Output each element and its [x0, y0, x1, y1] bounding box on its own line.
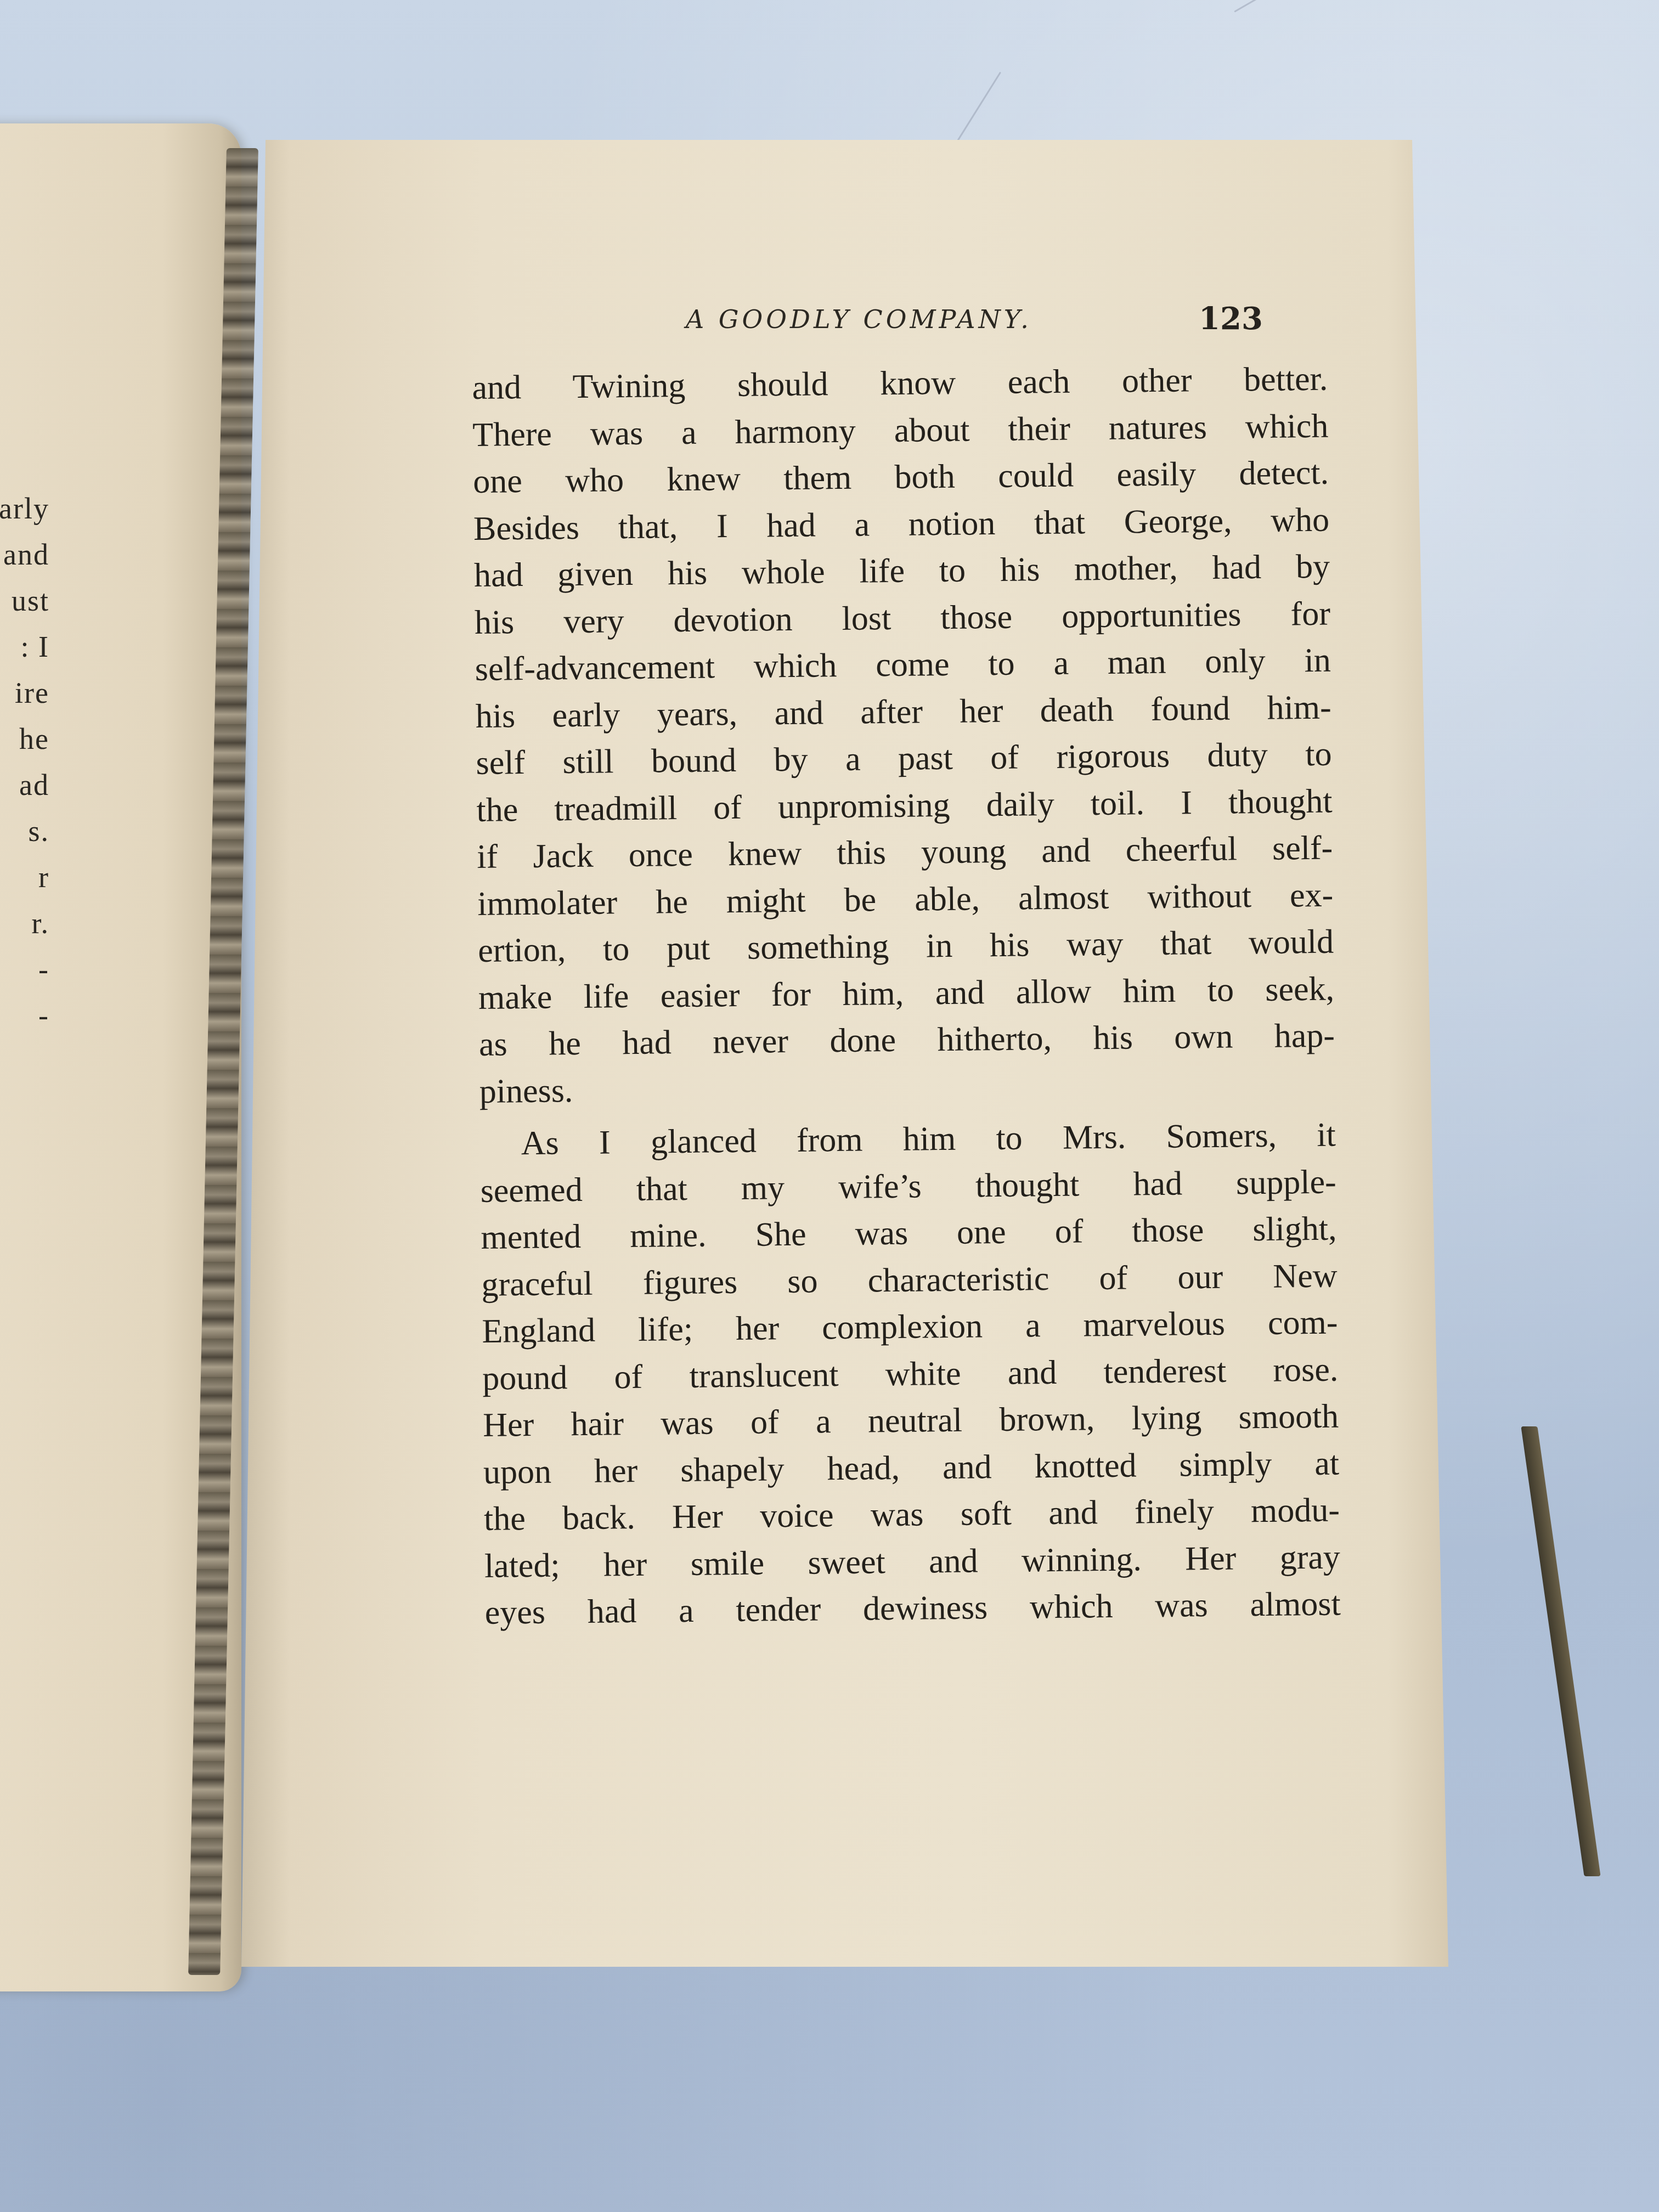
text-line: ertion, to put something in his way that…	[478, 919, 1334, 975]
text-line: the treadmill of unpromising daily toil.…	[476, 778, 1333, 834]
text-line: the back. Her voice was soft and finely …	[484, 1487, 1340, 1543]
text-line: and Twining should know each other bette…	[472, 356, 1328, 412]
text-line: if Jack once knew this young and cheerfu…	[477, 825, 1333, 881]
text-line: make life easier for him, and allow him …	[478, 966, 1335, 1022]
left-line: r.	[0, 900, 49, 946]
left-line: s.	[0, 808, 49, 854]
left-line: ust	[0, 578, 49, 624]
left-line: : I	[0, 624, 49, 670]
text-line: mented mine. She was one of those slight…	[481, 1206, 1337, 1262]
left-line: r	[0, 854, 49, 900]
text-line: graceful figures so characteristic of ou…	[481, 1252, 1338, 1308]
text-line: eyes had a tender dewiness which was alm…	[484, 1581, 1341, 1637]
text-line: self still bound by a past of rigorous d…	[476, 731, 1332, 787]
text-line: one who knew them both could easily dete…	[473, 450, 1329, 506]
text-line: Her hair was of a neutral brown, lying s…	[483, 1393, 1339, 1449]
text-line: self-advancement which come to a man onl…	[475, 637, 1331, 693]
text-line: lated; her smile sweet and winning. Her …	[484, 1534, 1340, 1590]
page-number: 123	[1199, 301, 1263, 337]
text-line: seemed that my wife’s thought had supple…	[480, 1159, 1336, 1215]
text-line: pound of translucent white and tenderest…	[482, 1346, 1339, 1402]
left-line: ire	[0, 670, 49, 716]
text-line: had given his whole life to his mother, …	[474, 544, 1330, 600]
left-line: -	[0, 946, 49, 992]
body-text: and Twining should know each other bette…	[472, 356, 1341, 1637]
left-line: arly	[0, 486, 49, 532]
text-line: There was a harmony about their natures …	[472, 403, 1329, 459]
left-page-text: arly and ust : I ire he ad s. r r. - -	[0, 486, 49, 1039]
text-line: Besides that, I had a notion that George…	[473, 496, 1330, 552]
text-line: his very devotion lost those opportuniti…	[474, 590, 1330, 646]
left-line: -	[0, 992, 49, 1039]
running-head: A GOODLY COMPANY.	[686, 304, 1032, 334]
text-line: England life; her complexion a marvelous…	[482, 1300, 1338, 1356]
surface-scratch	[1234, 0, 1291, 13]
text-line: immolater he might be able, almost witho…	[477, 872, 1334, 928]
text-line: as he had never done hitherto, his own h…	[479, 1013, 1335, 1069]
text-line: piness.	[479, 1059, 1335, 1115]
left-line: he	[0, 716, 49, 762]
text-line: As I glanced from him to Mrs. Somers, it	[479, 1112, 1336, 1168]
text-line: upon her shapely head, and knotted simpl…	[483, 1440, 1340, 1496]
text-line: his early years, and after her death fou…	[475, 684, 1331, 740]
left-line: and	[0, 532, 49, 578]
left-line: ad	[0, 762, 49, 808]
